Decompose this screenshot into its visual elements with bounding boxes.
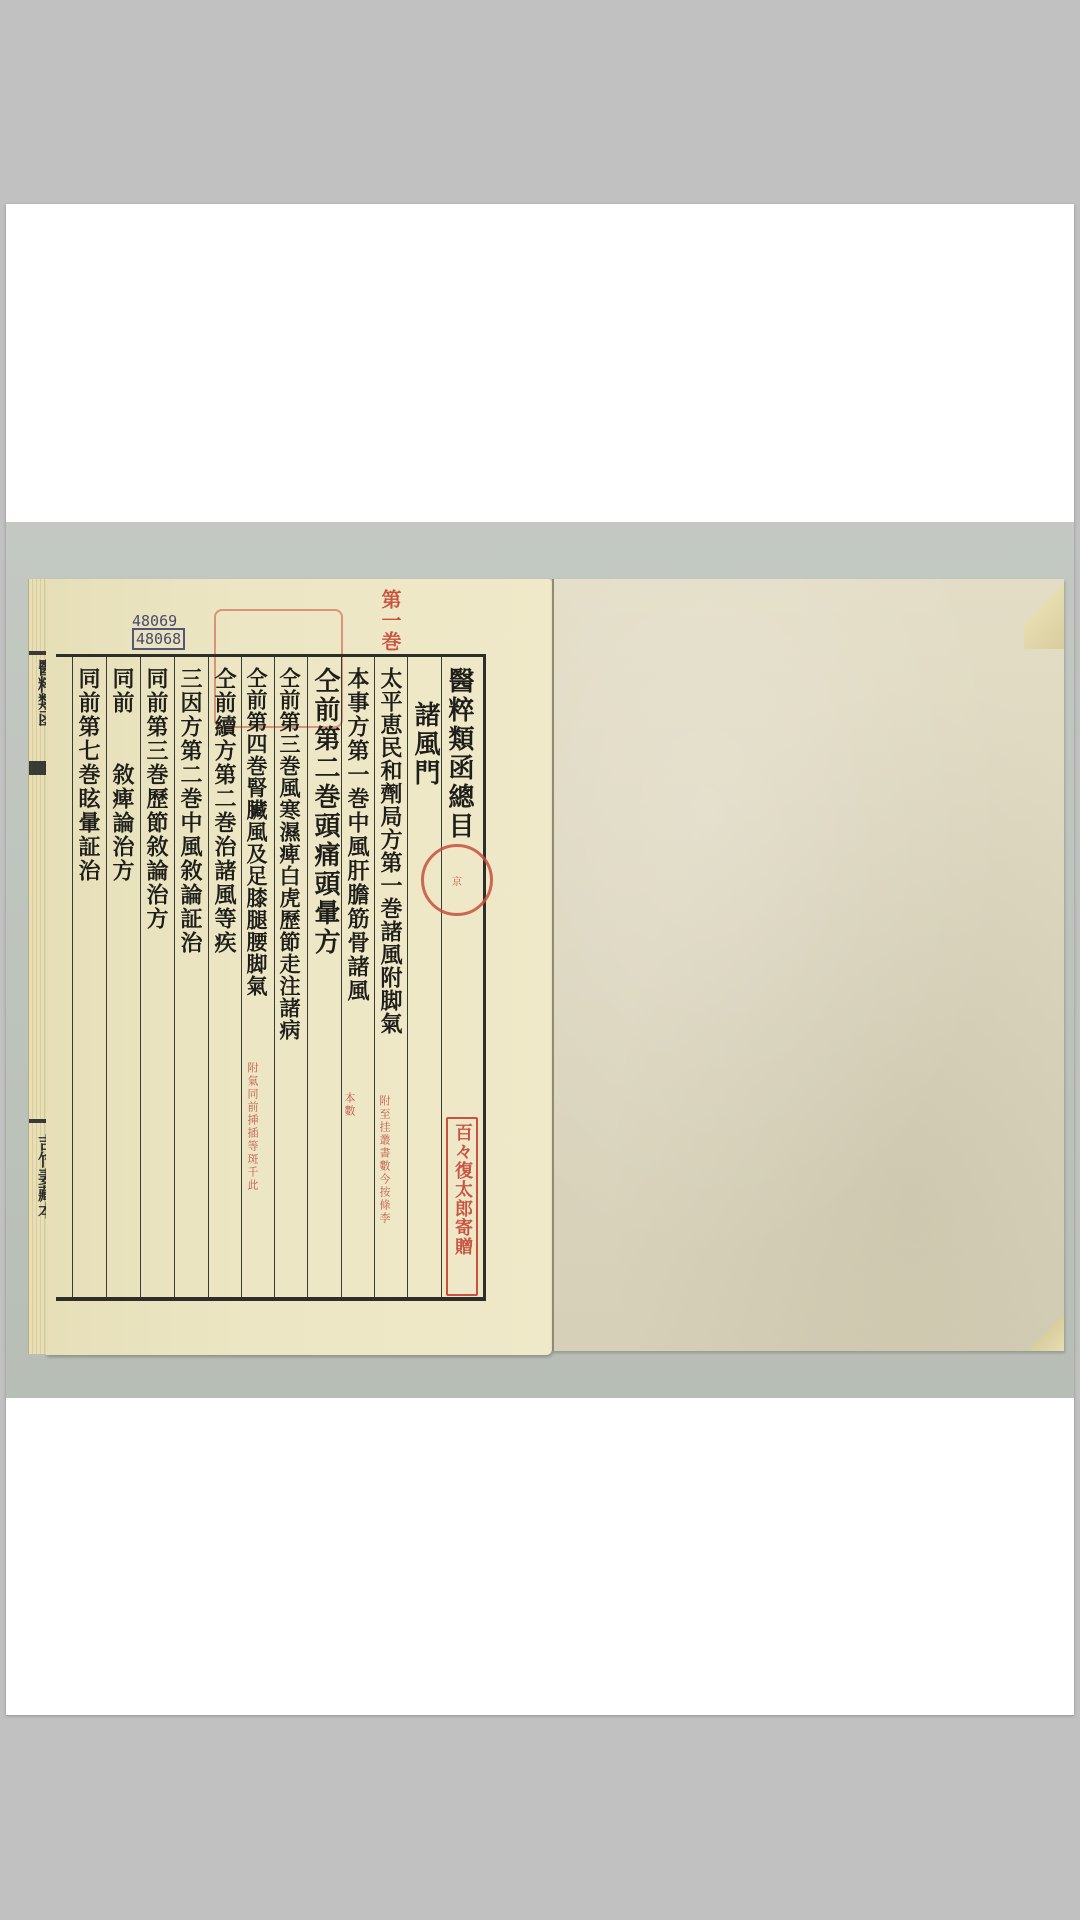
round-seal-text: 京 bbox=[452, 873, 462, 888]
toc-entry: 三因方第二巻中風敘論証治 bbox=[177, 667, 203, 955]
column-rule bbox=[407, 657, 408, 1297]
toc-entry: 太平恵民和劑局方第一巻諸風附脚氣 bbox=[377, 667, 403, 1035]
column-rule bbox=[374, 657, 375, 1297]
left-page: 48069 48068 第一巻 醫粹類函總目 諸風門 太平恵民和劑局方第一巻諸風… bbox=[46, 579, 552, 1355]
corner-fold-bottom bbox=[1014, 1311, 1064, 1351]
catalog-number-boxed: 48068 bbox=[132, 628, 185, 650]
right-page-blank-endpaper bbox=[552, 579, 1064, 1351]
toc-entry: 仝前續方第二巻治諸風等疾 bbox=[211, 667, 237, 955]
toc-section-heading: 諸風門 bbox=[410, 701, 440, 788]
column-rule bbox=[341, 657, 342, 1297]
donor-seal-text: 百々復太郎寄贈 bbox=[449, 1123, 475, 1256]
column-rule bbox=[441, 657, 442, 1297]
toc-entry: 同前第三巻歷節敘論治方 bbox=[143, 667, 169, 931]
column-rule bbox=[106, 657, 107, 1297]
toc-entry: 仝前第二巻頭痛頭暈方 bbox=[310, 667, 340, 957]
toc-entry: 仝前第四巻腎臟風及足膝腿腰脚氣 bbox=[244, 667, 269, 997]
book-photo: 醫粹類函 吉竹妻藏本 48069 48068 第一巻 醫粹類函總目 諸風門 bbox=[6, 522, 1074, 1398]
toc-entry: 同前第七巻眩暈証治 bbox=[75, 667, 101, 883]
catalog-number-stamp: 48069 48068 bbox=[132, 614, 185, 650]
volume-label: 第一巻 bbox=[376, 589, 405, 652]
table-of-contents-frame: 醫粹類函總目 諸風門 太平恵民和劑局方第一巻諸風附脚氣 本事方第一巻中風肝膽筋骨… bbox=[56, 654, 486, 1301]
corner-fold-top bbox=[1024, 579, 1064, 649]
red-round-seal: 京 bbox=[421, 844, 493, 916]
column-rule bbox=[274, 657, 275, 1297]
column-rule bbox=[208, 657, 209, 1297]
column-rule bbox=[241, 657, 242, 1297]
toc-title: 醫粹類函總目 bbox=[444, 667, 474, 841]
red-annotation: 本數 bbox=[343, 1092, 355, 1118]
column-rule bbox=[72, 657, 73, 1297]
column-rule bbox=[140, 657, 141, 1297]
toc-entry: 本事方第一巻中風肝膽筋骨諸風 bbox=[344, 667, 370, 1003]
red-annotation: 附至挂叢書數今按條李 bbox=[378, 1095, 390, 1225]
column-rule bbox=[307, 657, 308, 1297]
column-rule bbox=[174, 657, 175, 1297]
toc-entry: 同前 敘痺論治方 bbox=[109, 667, 135, 883]
toc-entry: 仝前第三巻風寒濕痺白虎歷節走注諸病 bbox=[277, 667, 302, 1041]
red-annotation: 附氣同前挿插等斑千此 bbox=[246, 1062, 258, 1192]
catalog-number-upper: 48069 bbox=[132, 614, 185, 628]
donor-seal: 百々復太郎寄贈 bbox=[446, 1117, 478, 1296]
